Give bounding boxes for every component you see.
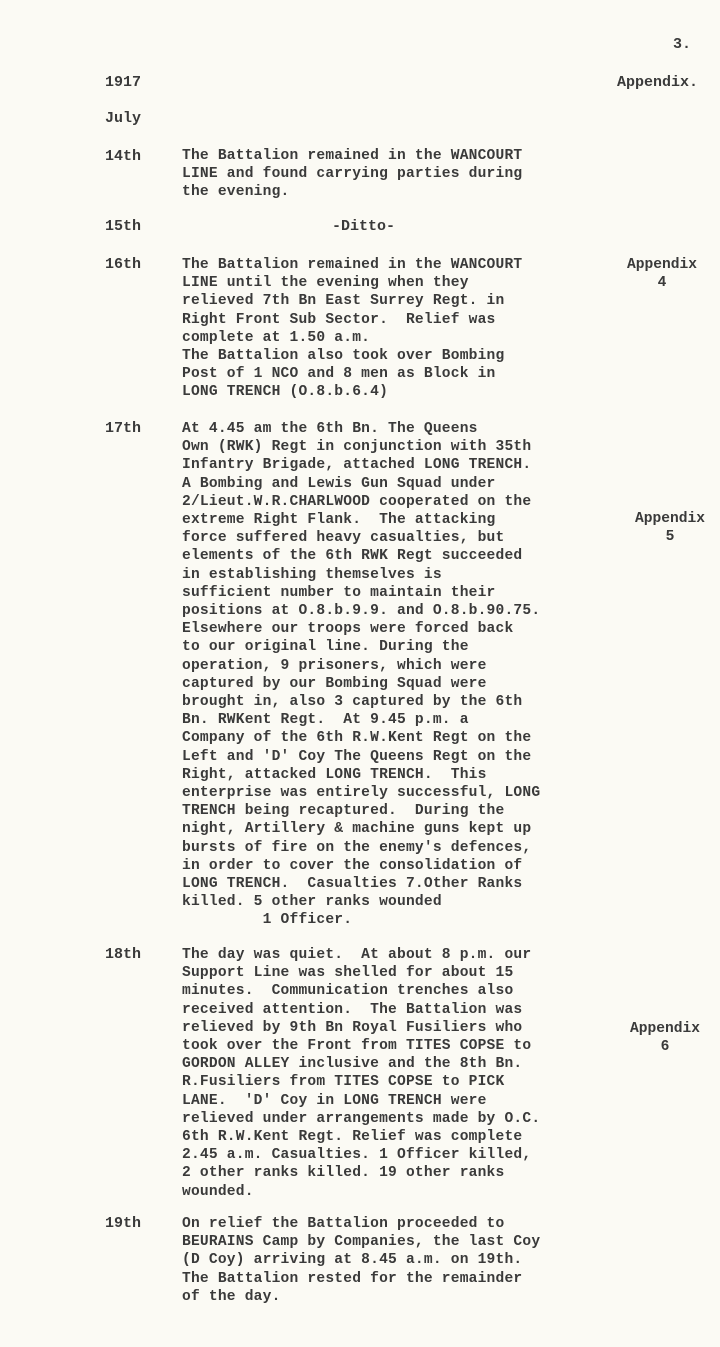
text-line: Company of the 6th R.W.Kent Regt on the — [182, 730, 531, 746]
year-label: 1917 — [105, 74, 141, 91]
entry-date: 18th — [105, 946, 141, 963]
text-line: night, Artillery & machine guns kept up — [182, 821, 531, 837]
text-line: captured by our Bombing Squad were — [182, 676, 487, 692]
text-line: Bn. RWKent Regt. At 9.45 p.m. a — [182, 712, 469, 728]
appendix-column-header: Appendix. — [617, 74, 698, 91]
text-line: Own (RWK) Regt in conjunction with 35th — [182, 439, 531, 455]
entry-text: The Battalion remained in the WANCOURT L… — [182, 256, 522, 402]
text-line: extreme Right Flank. The attacking — [182, 512, 496, 528]
paper-blemish — [658, 823, 672, 837]
text-line: LINE and found carrying parties during — [182, 166, 522, 182]
text-line: The Battalion remained in the WANCOURT — [182, 257, 522, 273]
text-line: enterprise was entirely successful, LONG — [182, 785, 540, 801]
text-line: 2 other ranks killed. 19 other ranks — [182, 1165, 504, 1181]
text-line: took over the Front from TITES COPSE to — [182, 1038, 531, 1054]
text-line: bursts of fire on the enemy's defences, — [182, 840, 531, 856]
text-line: The Battalion rested for the remainder — [182, 1271, 522, 1287]
text-line: to our original line. During the — [182, 639, 469, 655]
appendix-reference: Appendix 5 — [625, 510, 715, 546]
text-line: 6th R.W.Kent Regt. Relief was complete — [182, 1129, 522, 1145]
text-line: complete at 1.50 a.m. — [182, 330, 370, 346]
text-line: LONG TRENCH (O.8.b.6.4) — [182, 384, 388, 400]
text-line: TRENCH being recaptured. During the — [182, 803, 504, 819]
text-line: of the day. — [182, 1289, 281, 1305]
text-line: 2.45 a.m. Casualties. 1 Officer killed, — [182, 1147, 531, 1163]
text-line: relieved 7th Bn East Surrey Regt. in — [182, 293, 504, 309]
text-line: Infantry Brigade, attached LONG TRENCH. — [182, 457, 531, 473]
entry-text: The day was quiet. At about 8 p.m. our S… — [182, 946, 540, 1201]
text-line: wounded. — [182, 1184, 254, 1200]
entry-text: On relief the Battalion proceeded to BEU… — [182, 1215, 540, 1306]
text-line: killed. 5 other ranks wounded — [182, 894, 442, 910]
text-line: the evening. — [182, 184, 290, 200]
text-line: Elsewhere our troops were forced back — [182, 621, 513, 637]
text-line: R.Fusiliers from TITES COPSE to PICK — [182, 1074, 504, 1090]
text-line: At 4.45 am the 6th Bn. The Queens — [182, 421, 478, 437]
text-line: brought in, also 3 captured by the 6th — [182, 694, 522, 710]
text-line: LANE. 'D' Coy in LONG TRENCH were — [182, 1093, 487, 1109]
text-line: elements of the 6th RWK Regt succeeded — [182, 548, 522, 564]
text-line: GORDON ALLEY inclusive and the 8th Bn. — [182, 1056, 522, 1072]
text-line: (D Coy) arriving at 8.45 a.m. on 19th. — [182, 1252, 522, 1268]
text-line: 2/Lieut.W.R.CHARLWOOD cooperated on the — [182, 494, 531, 510]
text-line: On relief the Battalion proceeded to — [182, 1216, 504, 1232]
text-line: force suffered heavy casualties, but — [182, 530, 504, 546]
entry-date: 17th — [105, 420, 141, 437]
entry-date: 15th — [105, 218, 141, 235]
text-line: received attention. The Battalion was — [182, 1002, 522, 1018]
text-line: relieved by 9th Bn Royal Fusiliers who — [182, 1020, 522, 1036]
text-line: positions at O.8.b.9.9. and O.8.b.90.75. — [182, 603, 540, 619]
text-line: A Bombing and Lewis Gun Squad under — [182, 476, 496, 492]
entry-text: The Battalion remained in the WANCOURT L… — [182, 147, 522, 202]
text-line: Right, attacked LONG TRENCH. This — [182, 767, 487, 783]
ditto-text: -Ditto- — [332, 218, 395, 235]
text-line: LONG TRENCH. Casualties 7.Other Ranks — [182, 876, 522, 892]
entry-date: 19th — [105, 1215, 141, 1232]
text-line: Post of 1 NCO and 8 men as Block in — [182, 366, 496, 382]
appendix-reference: Appendix 6 — [620, 1020, 710, 1056]
text-line: The Battalion also took over Bombing — [182, 348, 504, 364]
page-number: 3. — [673, 36, 691, 53]
entry-date: 14th — [105, 148, 141, 165]
text-line: Right Front Sub Sector. Relief was — [182, 312, 496, 328]
text-line: sufficient number to maintain their — [182, 585, 496, 601]
text-line: BEURAINS Camp by Companies, the last Coy — [182, 1234, 540, 1250]
entry-text: At 4.45 am the 6th Bn. The Queens Own (R… — [182, 420, 540, 930]
text-line: The day was quiet. At about 8 p.m. our — [182, 947, 531, 963]
text-line: The Battalion remained in the WANCOURT — [182, 148, 522, 164]
text-line: Left and 'D' Coy The Queens Regt on the — [182, 749, 531, 765]
text-line: relieved under arrangements made by O.C. — [182, 1111, 540, 1127]
text-line: minutes. Communication trenches also — [182, 983, 513, 999]
entry-date: 16th — [105, 256, 141, 273]
text-line: 1 Officer. — [182, 912, 352, 928]
text-line: Support Line was shelled for about 15 — [182, 965, 513, 981]
text-line: operation, 9 prisoners, which were — [182, 658, 487, 674]
month-label: July — [105, 110, 141, 127]
text-line: in order to cover the consolidation of — [182, 858, 522, 874]
appendix-reference: Appendix 4 — [617, 256, 707, 292]
text-line: LINE until the evening when they — [182, 275, 469, 291]
text-line: in establishing themselves is — [182, 567, 442, 583]
